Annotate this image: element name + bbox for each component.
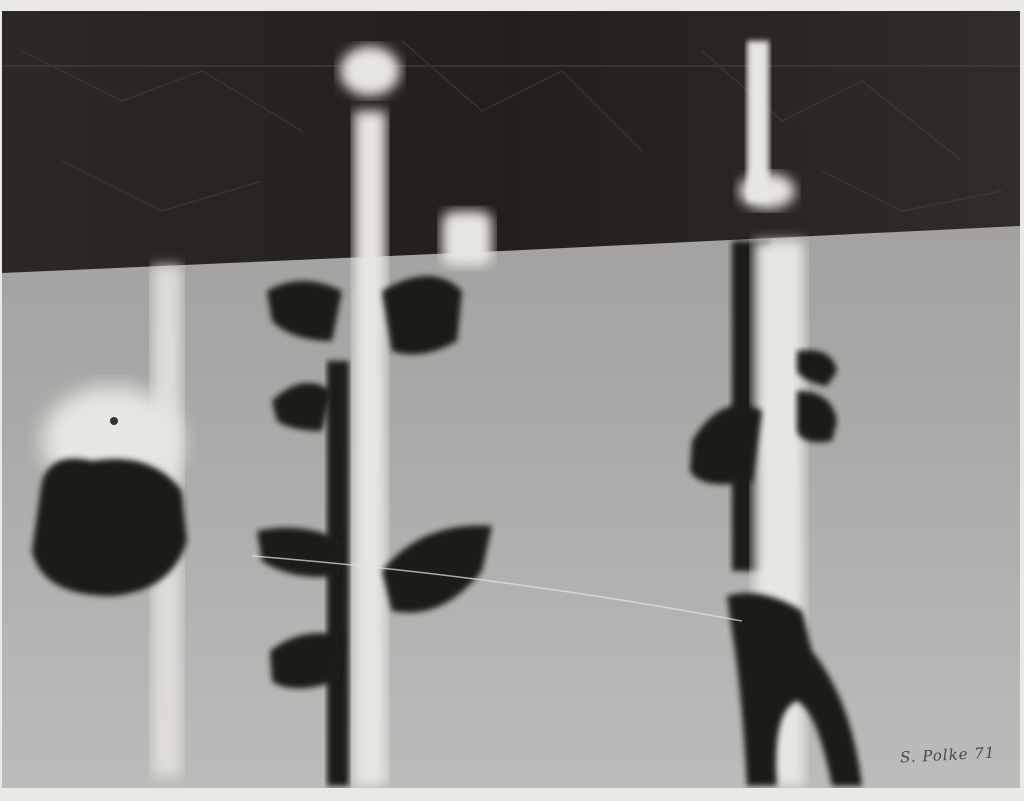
photo-image [2, 11, 1020, 788]
photograph: S. Polke 71 [2, 11, 1020, 788]
